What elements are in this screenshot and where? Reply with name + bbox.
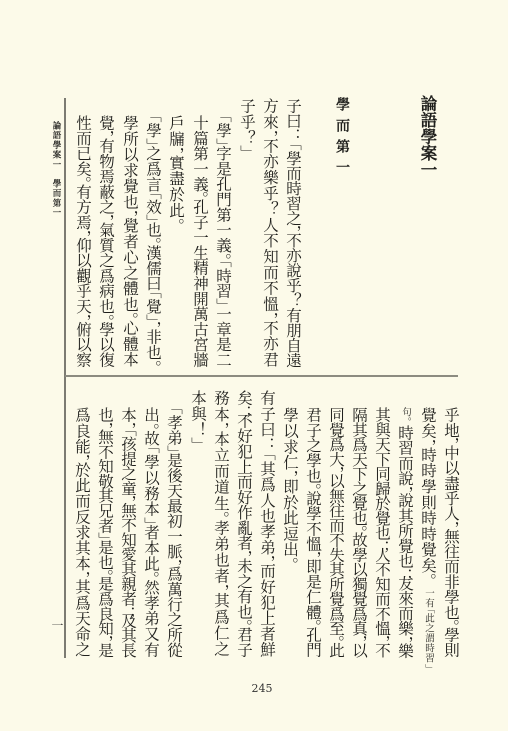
column-text: 也，無不知敬其兄者」是也。是爲良知，是 bbox=[96, 407, 114, 657]
column-text: 覺矣，時時學則時時覺矣。 bbox=[419, 407, 437, 581]
column-text: 本與！」 bbox=[189, 390, 207, 446]
commentary-column: 覺矣，時時學則時時覺矣。一有「此之謂時習」 bbox=[418, 407, 438, 657]
column-text: 務本，本立而道生。孝弟也者，其爲仁之 bbox=[212, 390, 230, 657]
commentary-column: 其與天下同歸於覺也；人不知而不慍，不 bbox=[372, 407, 392, 657]
column-text: 同覺爲大，以無往而不失其所覺爲至。此 bbox=[327, 407, 345, 657]
column-text: 本，「孩提之童，無不知愛其親者；及其長 bbox=[119, 407, 137, 657]
analects-text-column: 本與！」 bbox=[188, 390, 208, 657]
column-text: 子曰：「學而時習之，不亦說乎？有朋自遠 bbox=[284, 98, 302, 367]
column-text: 子乎？」 bbox=[238, 98, 256, 154]
margin-rule bbox=[64, 98, 66, 658]
commentary-column: 也，無不知敬其兄者」是也。是爲良知，是 bbox=[95, 407, 115, 657]
commentary-column: 十篇第一義。孔子一生精神開萬古宮牆 bbox=[190, 115, 210, 367]
column-text: 出。故「學以務本」者本此。然孝弟又有 bbox=[142, 407, 160, 657]
commentary-column: 出。故「學以務本」者本此。然孝弟又有 bbox=[141, 407, 161, 657]
column-text: 其與天下同歸於覺也；人不知而不慍，不 bbox=[373, 407, 391, 657]
column-text: 十篇第一義。孔子一生精神開萬古宮牆 bbox=[191, 115, 209, 367]
commentary-column: 性而已矣。有方焉，仰以觀乎天，俯以察 bbox=[73, 115, 93, 367]
column-text: 方來，不亦樂乎？人不知而不慍，不亦君 bbox=[261, 98, 279, 367]
commentary-column: 「學」之爲言「效」也。漢儒曰「覺」，非也。 bbox=[143, 115, 163, 367]
analects-text-column: 子曰：「學而時習之，不亦說乎？有朋自遠 bbox=[283, 98, 303, 367]
commentary-column: 戶牖，實盡於此。 bbox=[166, 115, 186, 367]
column-text: 有子曰：「其爲人也孝弟，而好犯上者鮮 bbox=[258, 390, 276, 657]
column-text: 覺，有物焉蔽之，氣質之爲病也。學以復 bbox=[97, 115, 115, 367]
commentary-column: 同覺爲大，以無往而不失其所覺爲至。此 bbox=[326, 407, 346, 657]
running-head-chapter: 學而第一 bbox=[50, 179, 62, 218]
chapter-title: 論語學案一 bbox=[416, 95, 438, 178]
page-number: 245 bbox=[242, 683, 282, 695]
analects-text-column: 務本，本立而道生。孝弟也者，其爲仁之 bbox=[211, 390, 231, 657]
column-text: 乎地，中以盡乎人，無往而非學也。學則 bbox=[442, 407, 460, 657]
commentary-column: 「孝弟」是後天最初一脈，爲萬行之所從 bbox=[164, 407, 184, 657]
column-text: 學以求仁，即於此逗出。 bbox=[281, 407, 299, 565]
commentary-column: 學以求仁，即於此逗出。 bbox=[280, 407, 300, 657]
column-text: 爲良能，於此而反求其本，其爲天命之 bbox=[73, 407, 91, 657]
editorial-note: 一有「此之謂時習」 bbox=[423, 588, 434, 669]
column-text: 性而已矣。有方焉，仰以觀乎天，俯以察 bbox=[74, 115, 92, 367]
commentary-column: 學所以求覺也，覺者心之體也。心體本 bbox=[120, 115, 140, 367]
column-text: 隔其爲天下之覺也。故學以獨覺爲真，以 bbox=[350, 407, 368, 657]
column-text: 君子之學也。說學不慍，即是仁體。孔門 bbox=[304, 407, 322, 657]
column-text: 「學」之爲言「效」也。漢儒曰「覺」，非也。 bbox=[144, 115, 162, 367]
commentary-column: 隔其爲天下之覺也。故學以獨覺爲真，以 bbox=[349, 407, 369, 657]
leaf-number: 一 bbox=[50, 619, 64, 631]
analects-text-column: 矣；不好犯上而好作亂者，未之有也。君子 bbox=[234, 390, 254, 657]
column-text: 矣；不好犯上而好作亂者，未之有也。君子 bbox=[235, 390, 253, 657]
analects-text-column: 有子曰：「其爲人也孝弟，而好犯上者鮮 bbox=[257, 390, 277, 657]
analects-text-column: 子乎？」 bbox=[237, 98, 257, 367]
column-text: 學所以求覺也，覺者心之體也。心體本 bbox=[121, 115, 139, 367]
analects-text-column: 方來，不亦樂乎？人不知而不慍，不亦君 bbox=[260, 98, 280, 367]
commentary-column: 覺，有物焉蔽之，氣質之爲病也。學以復 bbox=[96, 115, 116, 367]
commentary-column: 「學」字是孔門第一義。「時習」一章是二 bbox=[213, 115, 233, 367]
book-page: 論語學案一 學而第一 一 論語學案一 學而第一 子曰：「學而時習之，不亦說乎？有… bbox=[0, 0, 508, 731]
section-heading: 學而第一 bbox=[332, 97, 352, 181]
column-text: 戶牖，實盡於此。 bbox=[167, 115, 185, 226]
column-text: 時習而說，說其所覺也；友來而樂，樂 bbox=[396, 425, 414, 658]
commentary-column: 句。時習而說，說其所覺也；友來而樂，樂 bbox=[395, 407, 415, 657]
commentary-column: 本，「孩提之童，無不知愛其親者；及其長 bbox=[118, 407, 138, 657]
running-head-book-title: 論語學案一 bbox=[50, 121, 62, 170]
commentary-column: 乎地，中以盡乎人，無往而非學也。學則 bbox=[441, 407, 461, 657]
column-text: 「孝弟」是後天最初一脈，爲萬行之所從 bbox=[165, 407, 183, 657]
page-divider-rule bbox=[65, 375, 458, 377]
column-text: 「學」字是孔門第一義。「時習」一章是二 bbox=[214, 115, 232, 367]
commentary-column: 君子之學也。說學不慍，即是仁體。孔門 bbox=[303, 407, 323, 657]
editorial-note: 句。 bbox=[400, 407, 411, 422]
commentary-column: 爲良能，於此而反求其本，其爲天命之 bbox=[72, 407, 92, 657]
